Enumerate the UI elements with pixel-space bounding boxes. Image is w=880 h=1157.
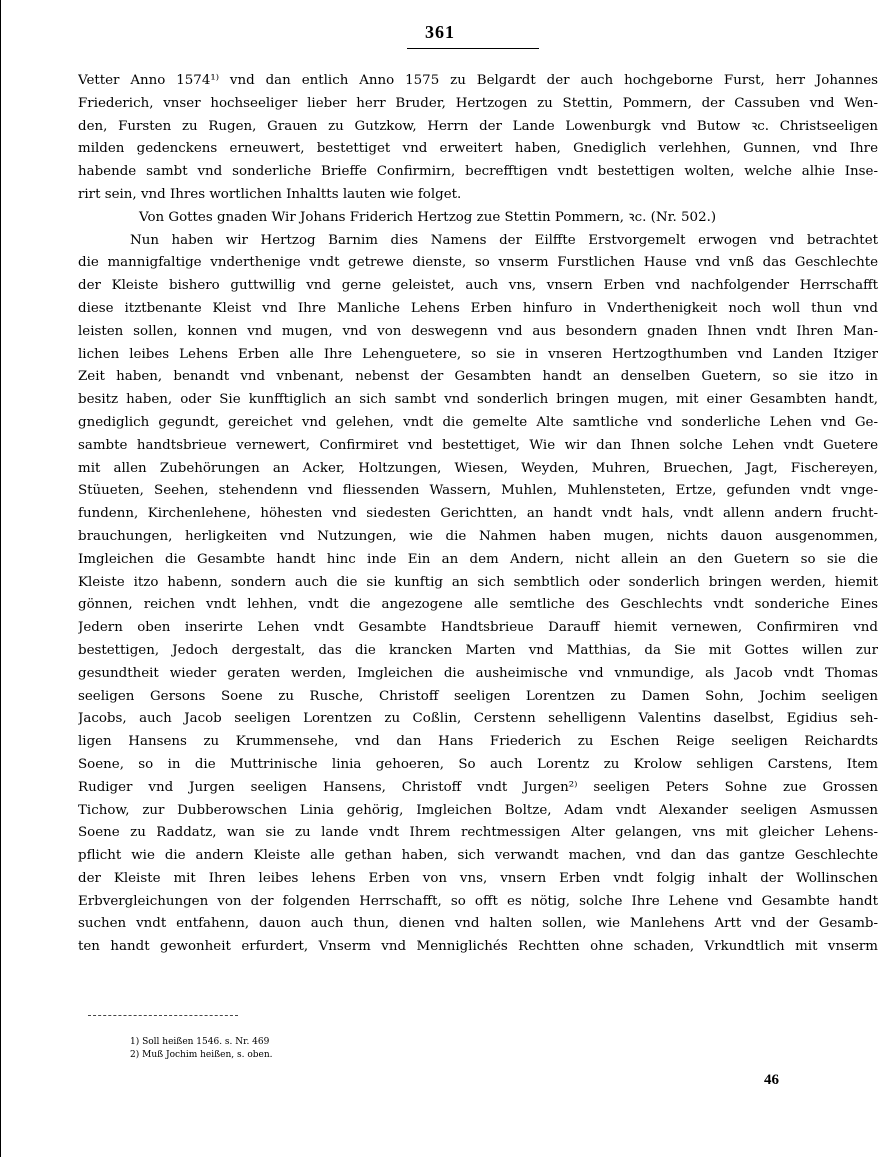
text-line: seeligen Gersons Soene zu Rusche, Christ…	[78, 686, 878, 709]
text-line: pflicht wie die andern Kleiste alle geth…	[78, 845, 878, 868]
text-line: ten handt gewonheit erfurdert, Vnserm vn…	[78, 936, 878, 959]
text-line: der Kleiste mit Ihren leibes lehens Erbe…	[78, 868, 878, 891]
footnote-1: 1) Soll heißen 1546. s. Nr. 469	[130, 1036, 272, 1049]
text-line: leisten sollen, konnen vnd mugen, vnd vo…	[78, 321, 878, 344]
text-line: Zeit haben, benandt vnd vnbenant, nebens…	[78, 366, 878, 389]
text-line: Jacobs, auch Jacob seeligen Lorentzen zu…	[78, 708, 878, 731]
text-line: Soene, so in die Muttrinische linia geho…	[78, 754, 878, 777]
text-line: gönnen, reichen vndt lehhen, vndt die an…	[78, 594, 878, 617]
text-line: Tichow, zur Dubberowschen Linia gehörig,…	[78, 800, 878, 823]
text-line: lichen leibes Lehens Erben alle Ihre Leh…	[78, 344, 878, 367]
text-line: ligen Hansens zu Krummensehe, vnd dan Ha…	[78, 731, 878, 754]
text-line: bestettigen, Jedoch dergestalt, das die …	[78, 640, 878, 663]
header-rule	[407, 48, 539, 49]
text-line: Soene zu Raddatz, wan sie zu lande vndt …	[78, 822, 878, 845]
text-line: habende sambt vnd sonderliche Brieffe Co…	[78, 161, 878, 184]
text-line: Erbvergleichungen von der folgenden Herr…	[78, 891, 878, 914]
text-line: Friederich, vnser hochseeliger lieber he…	[78, 93, 878, 116]
page-number: 361	[0, 22, 880, 43]
text-line: Vetter Anno 1574¹⁾ vnd dan entlich Anno …	[78, 70, 878, 93]
page-left-border	[0, 0, 1, 1157]
footnote-2: 2) Muß Jochim heißen, s. oben.	[130, 1049, 272, 1062]
text-line: gnediglich gegundt, gereichet vnd gelehe…	[78, 412, 878, 435]
document-heading: Von Gottes gnaden Wir Johans Friderich H…	[78, 207, 878, 230]
text-line: suchen vndt entfahenn, dauon auch thun, …	[78, 913, 878, 936]
signature-mark: 46	[764, 1072, 779, 1089]
text-line: gesundtheit wieder geraten werden, Imgle…	[78, 663, 878, 686]
text-line: Imgleichen die Gesambte handt hinc inde …	[78, 549, 878, 572]
text-line: Kleiste itzo habenn, sondern auch die si…	[78, 572, 878, 595]
text-line: mit allen Zubehörungen an Acker, Holtzun…	[78, 458, 878, 481]
text-line: Rudiger vnd Jurgen seeligen Hansens, Chr…	[78, 777, 878, 800]
text-line: besitz haben, oder Sie kunfftiglich an s…	[78, 389, 878, 412]
text-line: die mannigfaltige vnderthenige vndt getr…	[78, 252, 878, 275]
text-line: milden gedenckens erneuwert, bestettiget…	[78, 138, 878, 161]
text-line: sambte handtsbrieue vernewert, Confirmir…	[78, 435, 878, 458]
text-line: Stüueten, Seehen, stehendenn vnd fliesse…	[78, 480, 878, 503]
text-line: fundenn, Kirchenlehene, höhesten vnd sie…	[78, 503, 878, 526]
text-line: rirt sein, vnd Ihres wortlichen Inhaltts…	[78, 184, 878, 207]
text-line: diese itztbenante Kleist vnd Ihre Manlic…	[78, 298, 878, 321]
body-text: Vetter Anno 1574¹⁾ vnd dan entlich Anno …	[78, 70, 878, 959]
text-line: den, Fursten zu Rugen, Grauen zu Gutzkow…	[78, 116, 878, 139]
text-line: der Kleiste bishero guttwillig vnd gerne…	[78, 275, 878, 298]
text-line: brauchungen, herligkeiten vnd Nutzungen,…	[78, 526, 878, 549]
footnote-rule	[88, 1015, 238, 1016]
text-line: Nun haben wir Hertzog Barnim dies Namens…	[78, 230, 878, 253]
text-line: Jedern oben inserirte Lehen vndt Gesambt…	[78, 617, 878, 640]
footnotes: 1) Soll heißen 1546. s. Nr. 469 2) Muß J…	[130, 1036, 272, 1062]
